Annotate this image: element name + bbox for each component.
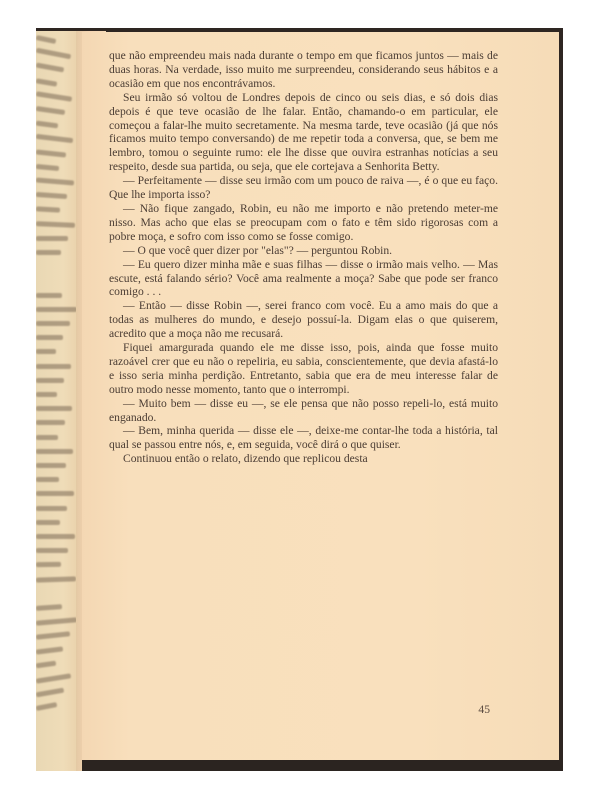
- paragraph: Seu irmão só voltou de Londres depois de…: [109, 91, 498, 174]
- facing-page-text-fragment: [36, 134, 73, 143]
- facing-page-text-fragment: [36, 604, 62, 611]
- facing-page-text-fragment: [36, 91, 72, 101]
- facing-page-text-fragment: [36, 335, 63, 340]
- facing-page-text-fragment: [36, 506, 67, 511]
- facing-page-text-fragment: [36, 420, 65, 425]
- facing-page-text-fragment: [36, 364, 71, 369]
- facing-page-text-fragment: [36, 702, 57, 711]
- facing-page-text-fragment: [36, 307, 77, 312]
- paragraph: — O que você quer dizer por "elas"? — pe…: [109, 244, 498, 258]
- facing-page-text-fragment: [36, 48, 71, 60]
- page-number: 45: [478, 703, 490, 716]
- facing-page-text-fragment: [36, 576, 76, 582]
- facing-page-text-fragment: [36, 63, 64, 73]
- paragraph: Continuou então o relato, dizendo que re…: [109, 452, 498, 466]
- facing-page-text-fragment: [36, 617, 77, 625]
- paragraph: Fiquei amargurada quando ele me disse is…: [109, 341, 498, 397]
- facing-page-text-fragment: [36, 435, 58, 440]
- facing-page-text-fragment: [36, 378, 64, 383]
- facing-page-text-fragment: [36, 406, 72, 411]
- facing-page-text-fragment: [36, 177, 74, 185]
- paragraph: — Eu quero dizer minha mãe e suas filhas…: [109, 258, 498, 300]
- paragraph: — Muito bem — disse eu —, se ele pensa q…: [109, 397, 498, 425]
- facing-page-text-fragment: [36, 463, 66, 468]
- facing-page-text-fragment: [36, 392, 57, 397]
- facing-page-text-fragment: [36, 78, 57, 86]
- page-body-text: que não empreendeu mais nada durante o t…: [109, 49, 498, 466]
- facing-page-text-fragment: [36, 534, 75, 539]
- facing-page-text-fragment: [36, 688, 64, 698]
- facing-page-text-fragment: [36, 646, 63, 654]
- facing-page-text-fragment: [36, 236, 68, 241]
- paragraph: — Então — disse Robin —, serei franco co…: [109, 299, 498, 341]
- paragraph: que não empreendeu mais nada durante o t…: [109, 49, 498, 91]
- facing-page-text-fragment: [36, 520, 60, 525]
- book-page: que não empreendeu mais nada durante o t…: [82, 32, 559, 760]
- facing-page-text-fragment: [36, 207, 60, 213]
- facing-page-text-fragment: [36, 293, 62, 298]
- facing-page-text-fragment: [36, 221, 75, 228]
- facing-page-text-fragment: [36, 449, 73, 454]
- facing-page-text-fragment: [36, 491, 74, 496]
- facing-page-text-fragment: [36, 673, 71, 683]
- facing-page-text-fragment: [36, 632, 70, 640]
- facing-page-text-fragment: [36, 562, 61, 567]
- facing-page-text-fragment: [36, 192, 67, 199]
- facing-page-text-fragment: [36, 321, 70, 326]
- facing-page-text-fragment: [36, 250, 61, 255]
- facing-page-text-fragment: [36, 106, 65, 115]
- book-bottom-edge: [82, 760, 563, 771]
- paragraph: — Não fique zangado, Robin, eu não me im…: [109, 202, 498, 244]
- facing-page-text-fragment: [36, 121, 58, 129]
- book-photo: que não empreendeu mais nada durante o t…: [36, 28, 563, 771]
- facing-page-text-fragment: [36, 477, 59, 482]
- facing-page-text-fragment: [36, 548, 68, 553]
- facing-page-text-fragment: [36, 660, 56, 668]
- facing-page-text-fragment: [36, 149, 66, 157]
- paragraph: — Bem, minha querida — disse ele —, deix…: [109, 424, 498, 452]
- facing-page-text-fragment: [36, 349, 56, 354]
- paragraph: — Perfeitamente — disse seu irmão com um…: [109, 174, 498, 202]
- facing-page-text-fragment: [36, 35, 56, 44]
- facing-page-text-fragment: [36, 164, 59, 171]
